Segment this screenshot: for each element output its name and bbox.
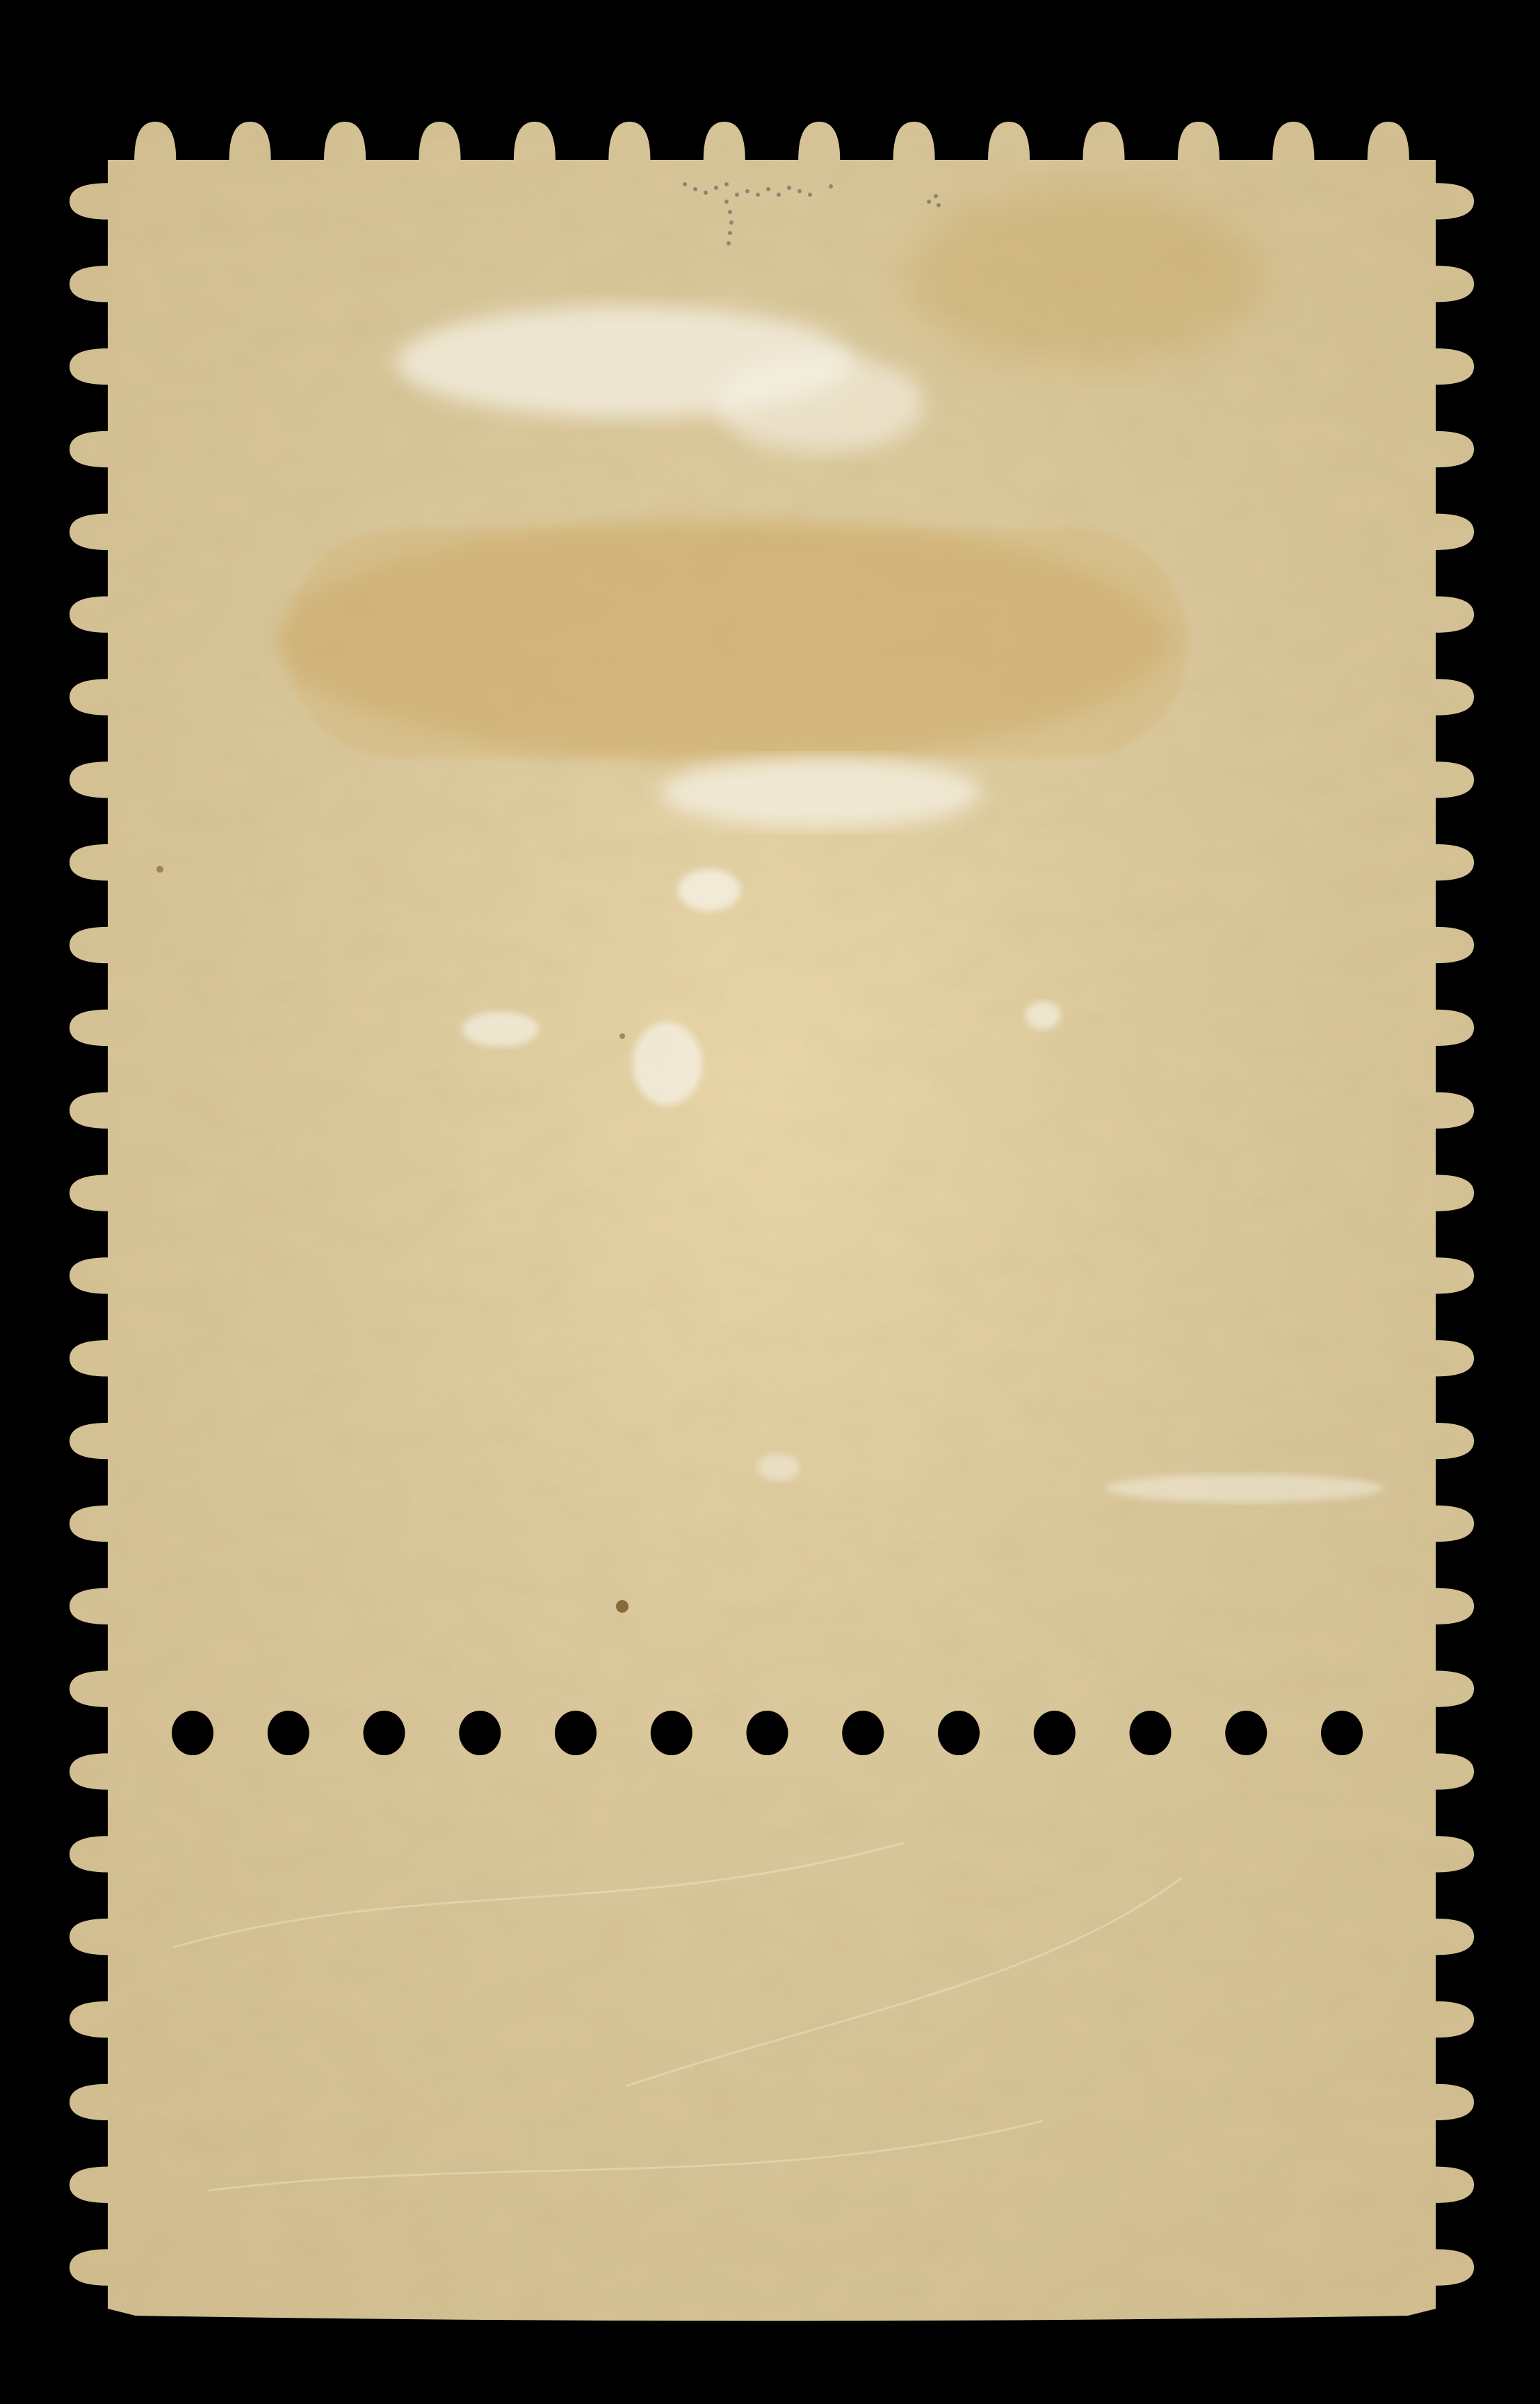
stamp-paper bbox=[0, 0, 1540, 2404]
perforation-hole bbox=[555, 1711, 597, 1755]
perforation-hole bbox=[1130, 1711, 1172, 1755]
perforation-hole bbox=[747, 1711, 788, 1755]
perforation-hole bbox=[172, 1711, 213, 1755]
perforation-hole bbox=[842, 1711, 884, 1755]
perforation-hole bbox=[1034, 1711, 1076, 1755]
perforation-hole bbox=[364, 1711, 405, 1755]
perforation-hole bbox=[1225, 1711, 1267, 1755]
brown-speck bbox=[616, 1600, 629, 1613]
perforation-hole bbox=[938, 1711, 980, 1755]
perforation-hole bbox=[268, 1711, 309, 1755]
perforation-hole bbox=[1321, 1711, 1363, 1755]
perforation-hole bbox=[459, 1711, 501, 1755]
stamp-photo bbox=[0, 0, 1540, 2404]
perforation-hole bbox=[651, 1711, 692, 1755]
